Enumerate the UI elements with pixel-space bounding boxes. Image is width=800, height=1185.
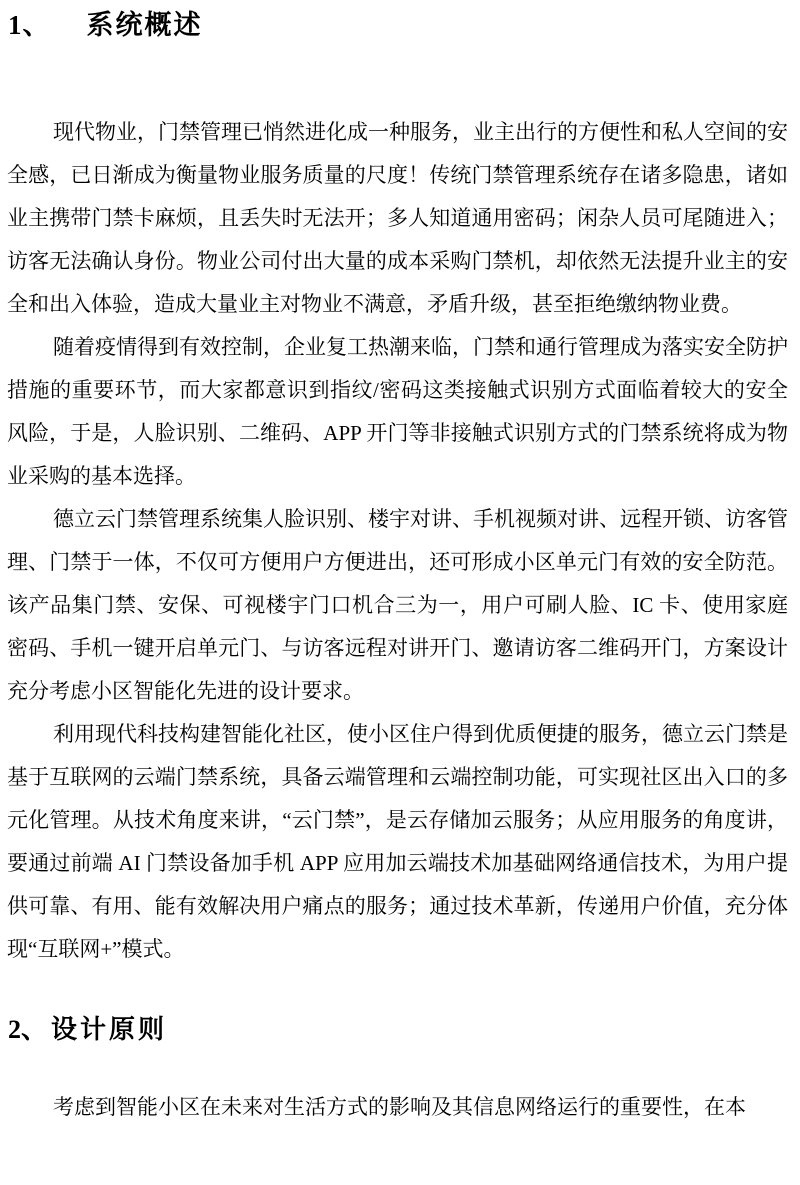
document-page: 1、系统概述 现代物业，门禁管理已悄然进化成一种服务，业主出行的方便性和私人空间… xyxy=(0,5,800,1185)
heading-title: 设计原则 xyxy=(51,1015,167,1044)
paragraph-deliyun-features: 德立云门禁管理系统集人脸识别、楼宇对讲、手机视频对讲、远程开锁、访客管理、门禁于… xyxy=(7,498,788,713)
paragraph-design-considerations: 考虑到智能小区在未来对生活方式的影响及其信息网络运行的重要性，在本 xyxy=(7,1086,788,1129)
section-heading-system-overview: 1、系统概述 xyxy=(8,5,788,45)
heading-number: 2、 xyxy=(8,1015,47,1044)
paragraph-cloud-access-tech: 利用现代科技构建智能化社区，使小区住户得到优质便捷的服务，德立云门禁是基于互联网… xyxy=(7,713,788,971)
heading-title: 系统概述 xyxy=(87,10,203,40)
paragraph-epidemic-contactless: 随着疫情得到有效控制，企业复工热潮来临，门禁和通行管理成为落实安全防护措施的重要… xyxy=(7,326,788,498)
paragraph-access-as-service: 现代物业，门禁管理已悄然进化成一种服务，业主出行的方便性和私人空间的安全感，已日… xyxy=(7,111,788,326)
section-heading-design-principles: 2、设计原则 xyxy=(8,1010,788,1050)
heading-number: 1、 xyxy=(8,10,51,40)
